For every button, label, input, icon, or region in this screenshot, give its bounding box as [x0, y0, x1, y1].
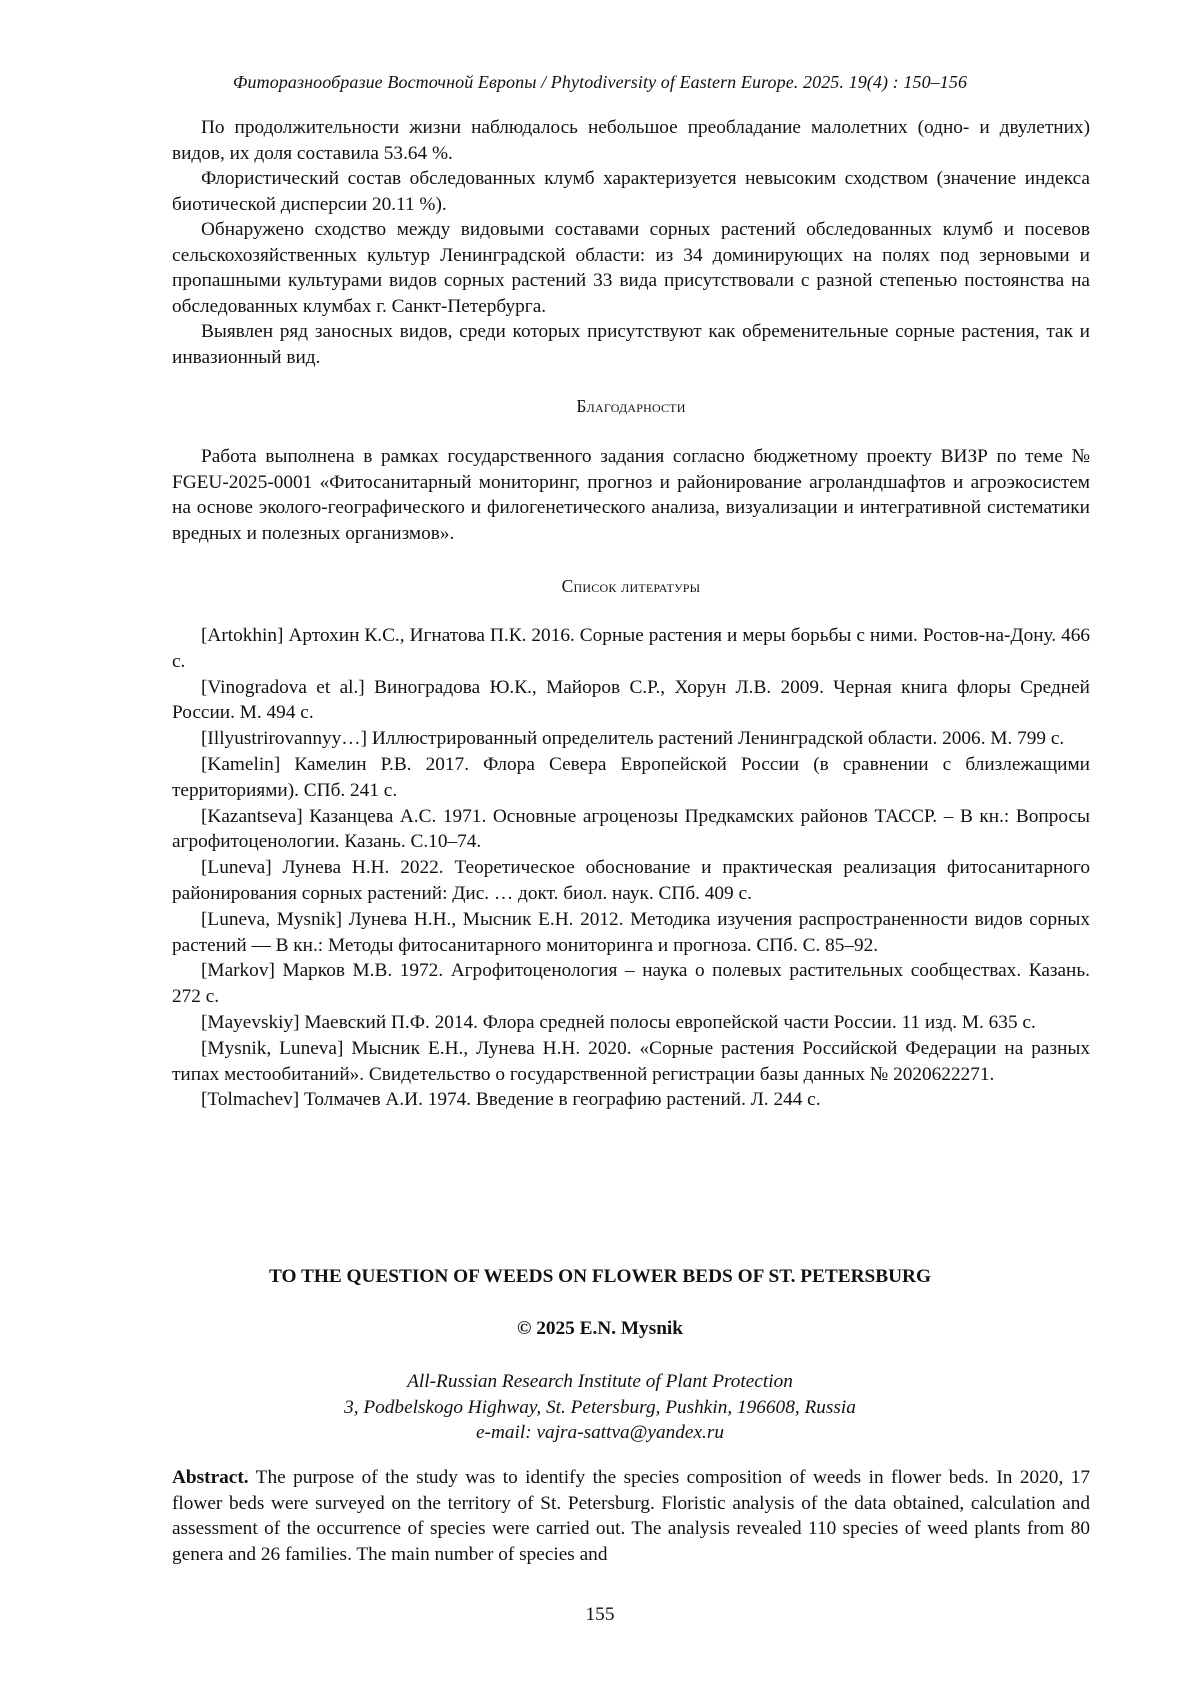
affiliation-institute: All-Russian Research Institute of Plant … [0, 1369, 1200, 1395]
abstract-label: Abstract. [172, 1467, 249, 1488]
reference-item: [Mayevskiy] Маевский П.Ф. 2014. Флора ср… [172, 1010, 1090, 1036]
running-header: Фиторазнообразие Восточной Европы / Phyt… [0, 72, 1200, 93]
conclusion-paragraph: Обнаружено сходство между видовыми соста… [172, 217, 1090, 319]
document-page: Фиторазнообразие Восточной Европы / Phyt… [0, 0, 1200, 1697]
conclusion-paragraph: Выявлен ряд заносных видов, среди которы… [172, 319, 1090, 370]
references-list: [Artokhin] Артохин К.С., Игнатова П.К. 2… [172, 623, 1090, 1113]
reference-item: [Kazantseva] Казанцева А.С. 1971. Основн… [172, 804, 1090, 856]
reference-item: [Illyustrirovannyy…] Иллюстрированный оп… [172, 726, 1090, 752]
affiliation-address: 3, Podbelskogo Highway, St. Petersburg, … [0, 1395, 1200, 1421]
acknowledgements-heading: Благодарности [172, 396, 1090, 417]
english-title: TO THE QUESTION OF WEEDS ON FLOWER BEDS … [0, 1266, 1200, 1288]
affiliation-block: All-Russian Research Institute of Plant … [0, 1369, 1200, 1446]
reference-item: [Kamelin] Камелин Р.В. 2017. Флора Север… [172, 752, 1090, 804]
conclusion-paragraph: Флористический состав обследованных клум… [172, 166, 1090, 217]
reference-item: [Tolmachev] Толмачев А.И. 1974. Введение… [172, 1087, 1090, 1113]
reference-item: [Mysnik, Luneva] Мысник Е.Н., Лунева Н.Н… [172, 1036, 1090, 1088]
acknowledgements-section: Работа выполнена в рамках государственно… [172, 444, 1090, 546]
abstract-section: Abstract. The purpose of the study was t… [172, 1465, 1090, 1567]
reference-item: [Artokhin] Артохин К.С., Игнатова П.К. 2… [172, 623, 1090, 675]
affiliation-email[interactable]: e-mail: vajra-sattva@yandex.ru [0, 1420, 1200, 1446]
english-author: © 2025 E.N. Mysnik [0, 1318, 1200, 1340]
abstract-paragraph: Abstract. The purpose of the study was t… [172, 1465, 1090, 1567]
acknowledgements-text: Работа выполнена в рамках государственно… [172, 444, 1090, 546]
page-number: 155 [0, 1604, 1200, 1626]
reference-item: [Luneva] Лунева Н.Н. 2022. Теоретическое… [172, 855, 1090, 907]
conclusion-paragraph: По продолжительности жизни наблюдалось н… [172, 115, 1090, 166]
reference-item: [Vinogradova et al.] Виноградова Ю.К., М… [172, 675, 1090, 727]
reference-item: [Luneva, Mysnik] Лунева Н.Н., Мысник Е.Н… [172, 907, 1090, 959]
references-heading: Список литературы [172, 576, 1090, 597]
reference-item: [Markov] Марков М.В. 1972. Агрофитоценол… [172, 958, 1090, 1010]
abstract-text: The purpose of the study was to identify… [172, 1467, 1090, 1565]
conclusions-section: По продолжительности жизни наблюдалось н… [172, 115, 1090, 370]
